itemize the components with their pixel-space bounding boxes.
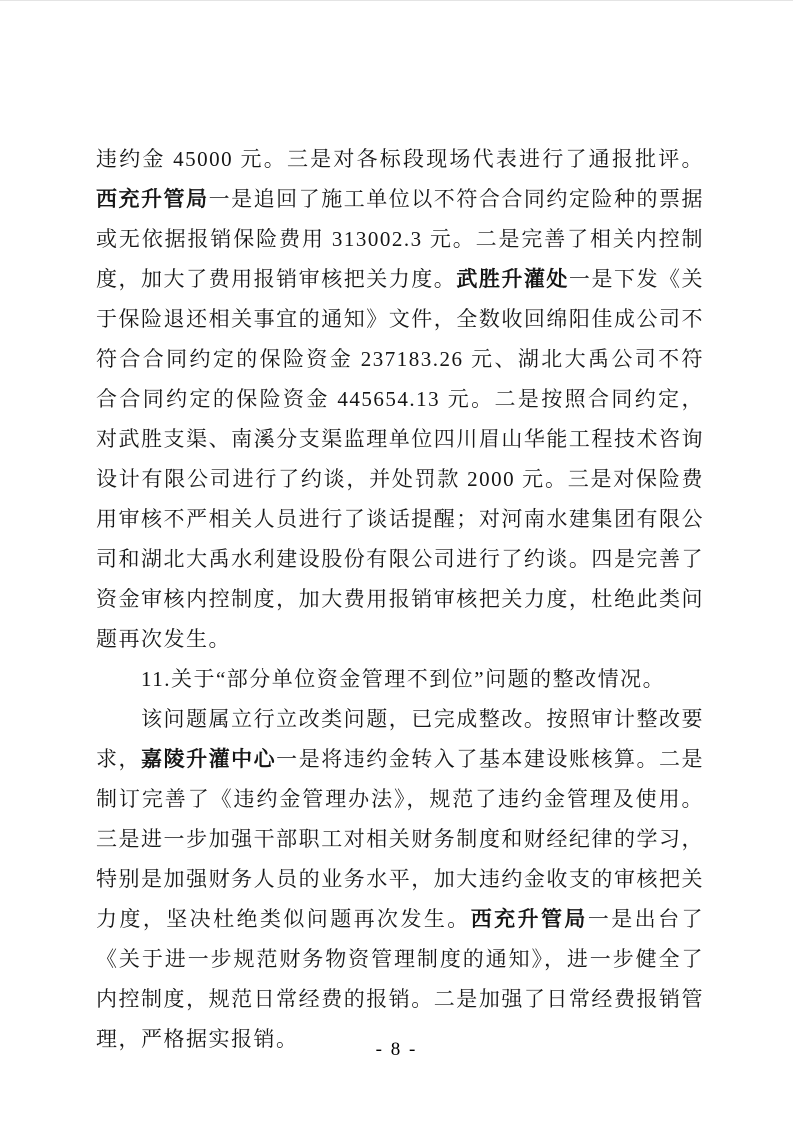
org-name-bold: 武胜升灌处: [456, 267, 569, 291]
document-body: 违约金 45000 元。三是对各标段现场代表进行了通报批评。西充升管局一是追回了…: [96, 139, 704, 1059]
paragraph-item-11-heading: 11.关于“部分单位资金管理不到位”问题的整改情况。: [96, 659, 704, 699]
text-run: 一是下发《关于保险退还相关事宜的通知》文件，全数收回绵阳佳成公司不符合合同约定的…: [96, 267, 704, 651]
text-run: 11.关于“部分单位资金管理不到位”问题的整改情况。: [141, 667, 665, 691]
org-name-bold: 西充升管局: [96, 187, 209, 211]
paragraph-continued-from-previous-page: 违约金 45000 元。三是对各标段现场代表进行了通报批评。西充升管局一是追回了…: [96, 139, 704, 659]
page-number: - 8 -: [0, 1039, 793, 1061]
org-name-bold: 嘉陵升灌中心: [141, 747, 276, 771]
document-page: 违约金 45000 元。三是对各标段现场代表进行了通报批评。西充升管局一是追回了…: [0, 0, 793, 1122]
org-name-bold: 西充升管局: [471, 907, 588, 931]
text-run: 一是将违约金转入了基本建设账核算。二是制订完善了《违约金管理办法》，规范了违约金…: [96, 747, 704, 931]
paragraph-item-11-body: 该问题属立行立改类问题，已完成整改。按照审计整改要求，嘉陵升灌中心一是将违约金转…: [96, 699, 704, 1059]
text-run: 违约金 45000 元。三是对各标段现场代表进行了通报批评。: [96, 147, 704, 171]
